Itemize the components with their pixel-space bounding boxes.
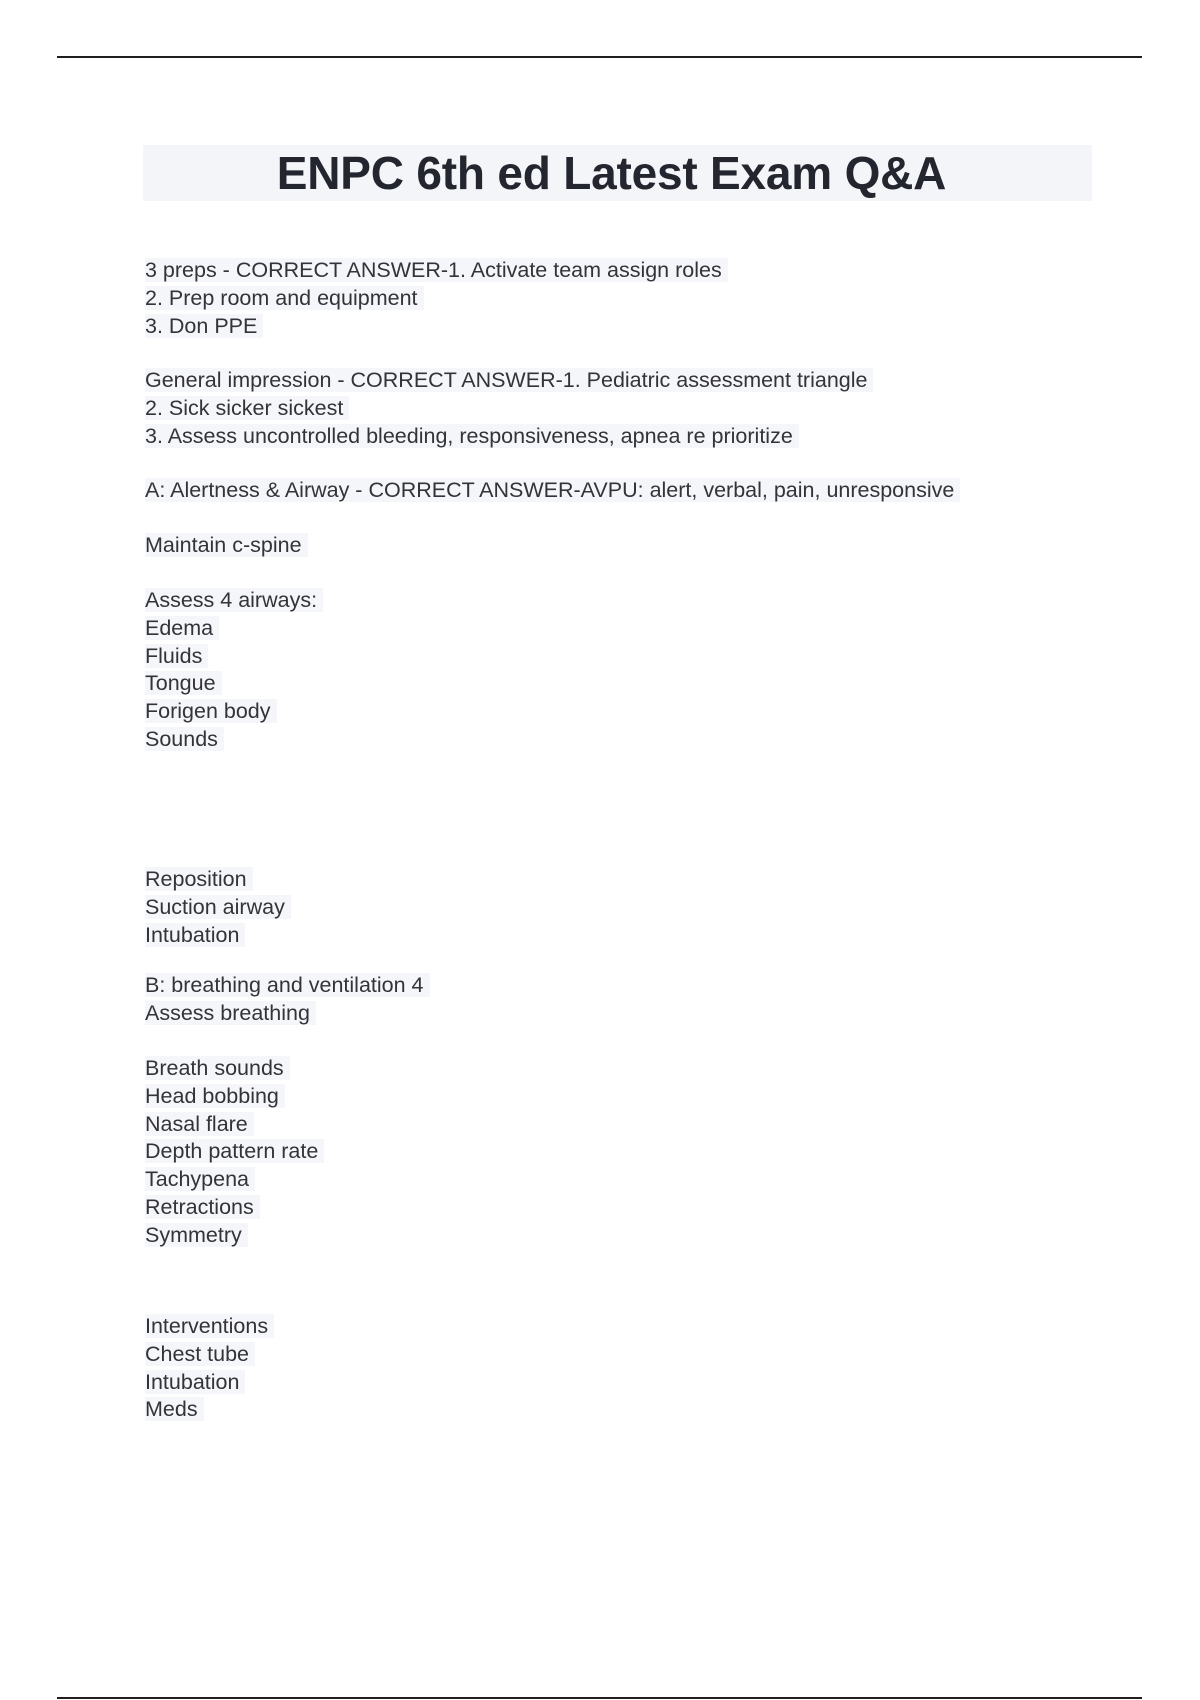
text-line: Reposition	[145, 866, 291, 894]
text-line: General impression - CORRECT ANSWER-1. P…	[145, 367, 873, 395]
text-line: Assess 4 airways:	[145, 587, 323, 615]
header-rule	[57, 56, 1142, 58]
text-line: Fluids	[145, 643, 323, 671]
text-line: Edema	[145, 615, 323, 643]
document-title: ENPC 6th ed Latest Exam Q&A	[277, 145, 946, 201]
text-line: Suction airway	[145, 894, 291, 922]
text-line: Forigen body	[145, 698, 323, 726]
text-line: Tongue	[145, 670, 323, 698]
text-line: 3. Don PPE	[145, 313, 728, 341]
paragraph-breathing-ventilation: B: breathing and ventilation 4 Assess br…	[145, 972, 430, 1028]
text-line: Interventions	[145, 1313, 274, 1341]
text-line: 2. Prep room and equipment	[145, 285, 728, 313]
qa-preps: 3 preps - CORRECT ANSWER-1. Activate tea…	[145, 257, 728, 340]
text-line: Breath sounds	[145, 1055, 324, 1083]
paragraph-breathing-signs: Breath sounds Head bobbing Nasal flare D…	[145, 1055, 324, 1250]
text-line: 3. Assess uncontrolled bleeding, respons…	[145, 423, 873, 451]
text-line: Nasal flare	[145, 1111, 324, 1139]
paragraph-breathing-interventions: Interventions Chest tube Intubation Meds	[145, 1313, 274, 1424]
text-line: Retractions	[145, 1194, 324, 1222]
paragraph-assess-airways: Assess 4 airways: Edema Fluids Tongue Fo…	[145, 587, 323, 754]
text-line: A: Alertness & Airway - CORRECT ANSWER-A…	[145, 477, 960, 505]
text-line: Assess breathing	[145, 1000, 430, 1028]
text-line: Head bobbing	[145, 1083, 324, 1111]
text-line: Depth pattern rate	[145, 1138, 324, 1166]
text-line: Sounds	[145, 726, 323, 754]
qa-general-impression: General impression - CORRECT ANSWER-1. P…	[145, 367, 873, 450]
qa-alertness-airway: A: Alertness & Airway - CORRECT ANSWER-A…	[145, 477, 960, 505]
paragraph-airway-interventions: Reposition Suction airway Intubation	[145, 866, 291, 949]
text-line: Intubation	[145, 1369, 274, 1397]
text-line: Tachypena	[145, 1166, 324, 1194]
text-line: Intubation	[145, 922, 291, 950]
paragraph-c-spine: Maintain c-spine	[145, 532, 308, 560]
text-line: B: breathing and ventilation 4	[145, 972, 430, 1000]
text-line: Symmetry	[145, 1222, 324, 1250]
text-line: Maintain c-spine	[145, 532, 308, 560]
text-line: 3 preps - CORRECT ANSWER-1. Activate tea…	[145, 257, 728, 285]
text-line: Chest tube	[145, 1341, 274, 1369]
footer-rule	[57, 1697, 1142, 1699]
text-line: Meds	[145, 1396, 274, 1424]
title-banner: ENPC 6th ed Latest Exam Q&A	[143, 145, 1092, 201]
text-line: 2. Sick sicker sickest	[145, 395, 873, 423]
